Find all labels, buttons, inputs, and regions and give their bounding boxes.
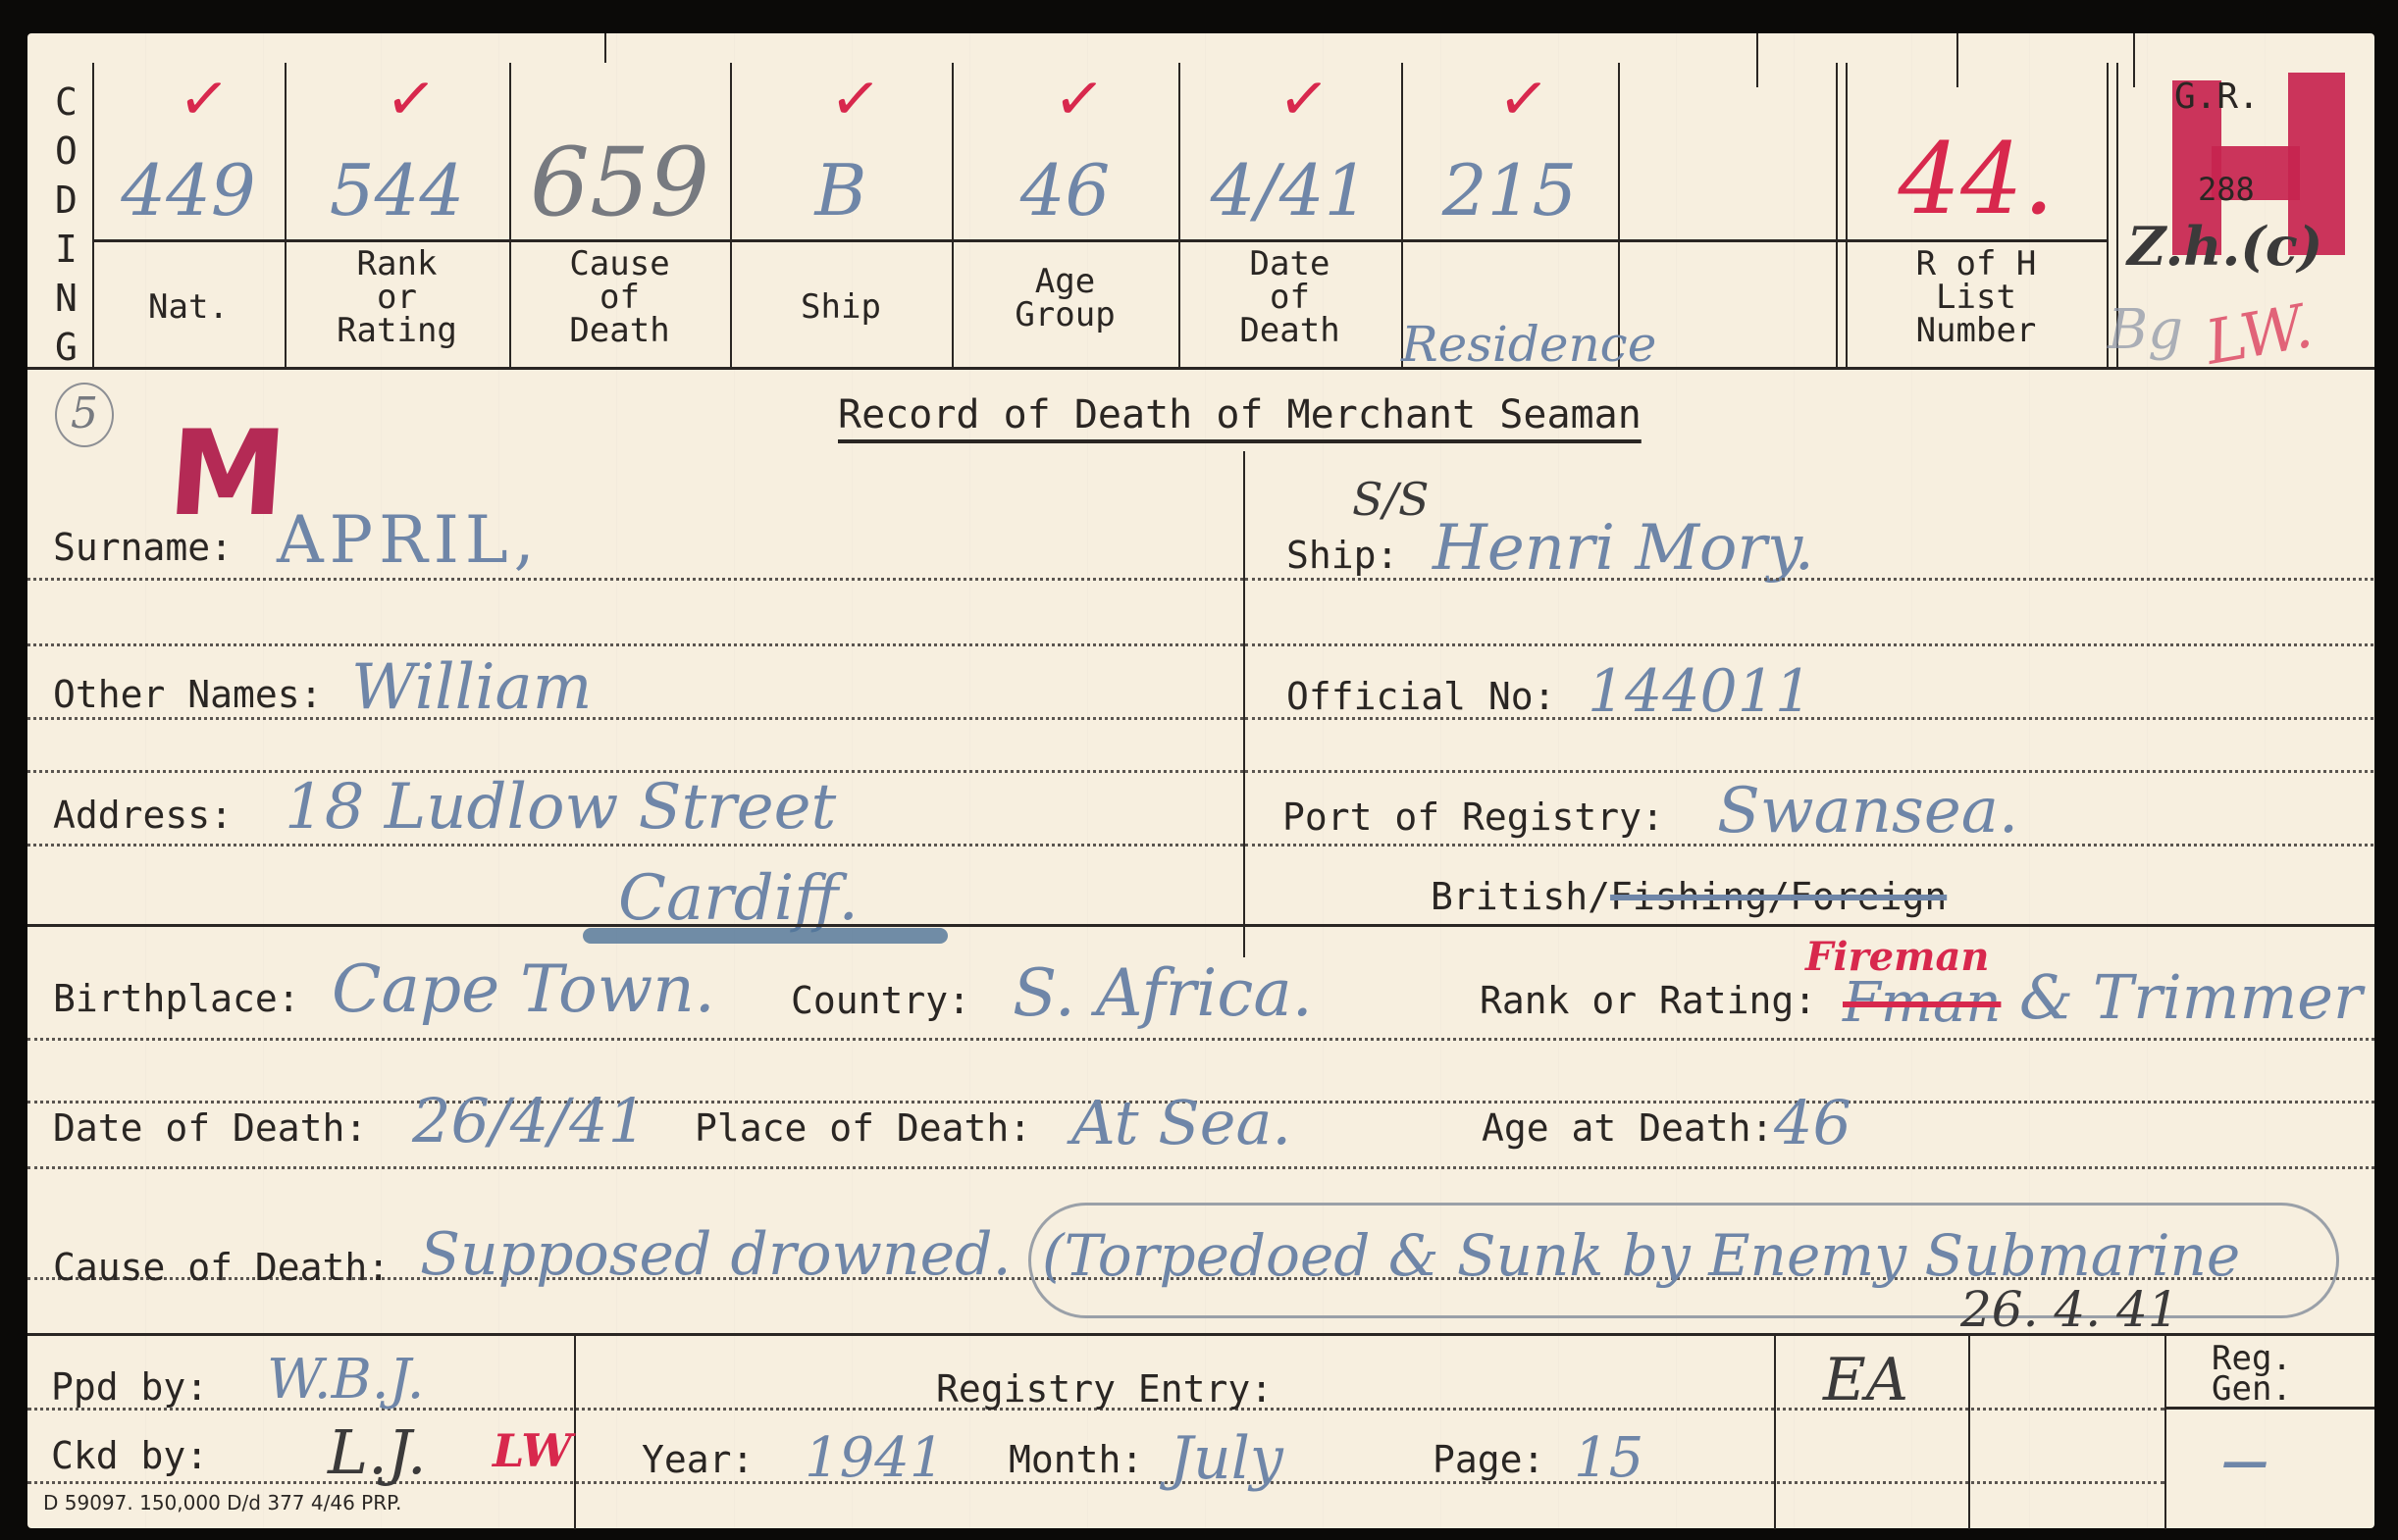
tick-mark xyxy=(1956,33,1958,87)
grid-line xyxy=(1836,63,1838,367)
registry-entry-label: Registry Entry: xyxy=(936,1367,1273,1411)
coding-bottom-line xyxy=(27,367,2374,370)
dotted-line xyxy=(1245,770,2373,773)
place-of-death-label: Place of Death: xyxy=(695,1106,1031,1150)
footer-divider-v xyxy=(574,1333,576,1529)
checkmark-icon: ✓ xyxy=(1050,60,1108,136)
address-label: Address: xyxy=(53,794,233,837)
tick-mark xyxy=(2133,33,2135,87)
age-at-death-value: 46 xyxy=(1774,1087,1851,1158)
month-value: July xyxy=(1170,1424,1283,1493)
center-divider xyxy=(1243,451,1245,957)
address-line1: 18 Ludlow Street xyxy=(285,771,836,844)
ship-value: Henri Mory. xyxy=(1433,512,1814,585)
port-registry-label: Port of Registry: xyxy=(1282,796,1664,839)
coding-column-label: Residence xyxy=(1401,316,1618,373)
cause-of-death-label: Cause of Death: xyxy=(53,1246,390,1289)
coding-column-label: RankorRating xyxy=(285,247,509,347)
dotted-line xyxy=(1245,643,2373,646)
ship-prefix: S/S xyxy=(1352,473,1430,526)
ship-label: Ship: xyxy=(1286,534,1398,577)
birthplace-value: Cape Town. xyxy=(332,951,715,1027)
surname-label: Surname: xyxy=(53,526,233,569)
coding-letter: O xyxy=(55,129,78,173)
coding-column-label: R of HListNumber xyxy=(1846,247,2107,347)
print-code: D 59097. 150,000 D/d 377 4/46 PRP. xyxy=(43,1491,401,1514)
reg-gen-label: Reg. Gen. xyxy=(2212,1344,2292,1404)
ppd-by-label: Ppd by: xyxy=(51,1365,208,1409)
coding-column-label: Nat. xyxy=(92,290,285,324)
page-title: Record of Death of Merchant Seaman xyxy=(838,392,1642,437)
m-stamp: M xyxy=(164,406,290,542)
official-no-label: Official No: xyxy=(1286,675,1556,718)
death-record-card: CODING ✓449Nat.✓544RankorRating659Causeo… xyxy=(27,33,2374,1528)
rank-value: & Trimmer xyxy=(2019,961,2363,1033)
gr-annotation: Z.h.(c) xyxy=(2127,215,2322,278)
coding-value: 544 xyxy=(285,149,509,231)
coding-column-label: CauseofDeath xyxy=(509,247,730,347)
nationality-options: British/Fishing/Foreign xyxy=(1431,875,1947,918)
coding-letter: D xyxy=(55,179,78,222)
rank-struck-value: Fman xyxy=(1843,971,2001,1035)
dotted-line xyxy=(27,1166,2374,1169)
coding-value: B xyxy=(730,149,952,231)
option-foreign: Foreign xyxy=(1790,875,1947,918)
official-no-value: 144011 xyxy=(1588,657,1812,726)
page-label: Page: xyxy=(1433,1438,1544,1481)
dotted-line xyxy=(27,578,1243,581)
port-registry-value: Swansea. xyxy=(1717,775,2018,847)
ea-initials: EA xyxy=(1823,1346,1908,1414)
other-names-value: William xyxy=(351,651,592,724)
coding-letter: G xyxy=(55,326,78,369)
coding-mid-line xyxy=(92,239,2108,242)
other-names-label: Other Names: xyxy=(53,673,323,716)
dotted-line xyxy=(27,844,1243,847)
ckd-by-label: Ckd by: xyxy=(51,1434,208,1477)
dotted-line xyxy=(27,1038,2374,1041)
surname-value: APRIL, xyxy=(277,502,541,578)
option-british: British/ xyxy=(1431,875,1610,918)
checkmark-icon: ✓ xyxy=(382,60,440,136)
age-at-death-label: Age at Death: xyxy=(1482,1106,1773,1150)
dotted-line xyxy=(1245,578,2373,581)
coding-value: 46 xyxy=(952,149,1178,231)
rank-label: Rank or Rating: xyxy=(1480,979,1816,1022)
coding-letter: I xyxy=(55,228,78,271)
red-initials: LW. xyxy=(2200,289,2317,379)
country-label: Country: xyxy=(791,979,970,1022)
page-value: 15 xyxy=(1574,1426,1643,1490)
cause-of-death-note: (Torpedoed & Sunk by Enemy Submarine xyxy=(1042,1222,2240,1289)
coding-value: 215 xyxy=(1401,149,1618,231)
ckd-by-value: L.J. xyxy=(328,1416,427,1488)
cause-of-death-value: Supposed drowned. xyxy=(420,1220,1012,1289)
dotted-line xyxy=(1245,844,2373,847)
coding-value: 449 xyxy=(92,149,285,231)
country-value: S. Africa. xyxy=(1013,955,1313,1031)
footer-divider-v xyxy=(2164,1333,2166,1529)
coding-column-label: Ship xyxy=(730,290,952,324)
gr-label: G.R. xyxy=(2174,77,2260,117)
footer-divider-v xyxy=(1968,1333,1970,1529)
footer-divider-v xyxy=(1774,1333,1776,1529)
date-of-death-value: 26/4/41 xyxy=(412,1085,647,1156)
footer-divider xyxy=(27,1333,2374,1336)
ppd-by-value: W.B.J. xyxy=(267,1348,424,1412)
ckd-red-initials: LW xyxy=(493,1424,572,1477)
birthplace-label: Birthplace: xyxy=(53,977,300,1020)
checkmark-icon: ✓ xyxy=(1275,60,1332,136)
coding-letter: C xyxy=(55,80,78,124)
checkmark-icon: ✓ xyxy=(826,60,884,136)
section-divider xyxy=(27,924,2374,927)
coding-value: 659 xyxy=(509,128,730,237)
circled-number: 5 xyxy=(55,383,114,447)
date-of-death-label: Date of Death: xyxy=(53,1106,367,1150)
tick-mark xyxy=(604,33,606,63)
coding-column-label: AgeGroup xyxy=(952,265,1178,332)
year-label: Year: xyxy=(642,1438,754,1481)
cause-of-death-note-date: 26. 4. 41 xyxy=(1960,1281,2179,1338)
checkmark-icon: ✓ xyxy=(1495,60,1553,136)
dotted-line xyxy=(27,643,1243,646)
tick-mark xyxy=(1756,33,1758,87)
year-value: 1941 xyxy=(805,1426,945,1490)
coding-column-label: DateofDeath xyxy=(1178,247,1401,347)
reg-gen-value: — xyxy=(2221,1434,2268,1489)
dotted-line xyxy=(27,717,1243,720)
blue-initials: Bg xyxy=(2108,298,2183,362)
checkmark-icon: ✓ xyxy=(176,60,234,136)
gr-number: 288 xyxy=(2198,171,2255,208)
blue-pencil-mark xyxy=(583,928,948,944)
option-fishing: Fishing/ xyxy=(1610,875,1790,918)
coding-letter: N xyxy=(55,277,78,320)
coding-value: 4/41 xyxy=(1178,149,1401,231)
coding-value: 44. xyxy=(1846,122,2107,236)
dotted-line xyxy=(1245,717,2373,720)
place-of-death-value: At Sea. xyxy=(1071,1087,1291,1158)
month-label: Month: xyxy=(1009,1438,1143,1481)
